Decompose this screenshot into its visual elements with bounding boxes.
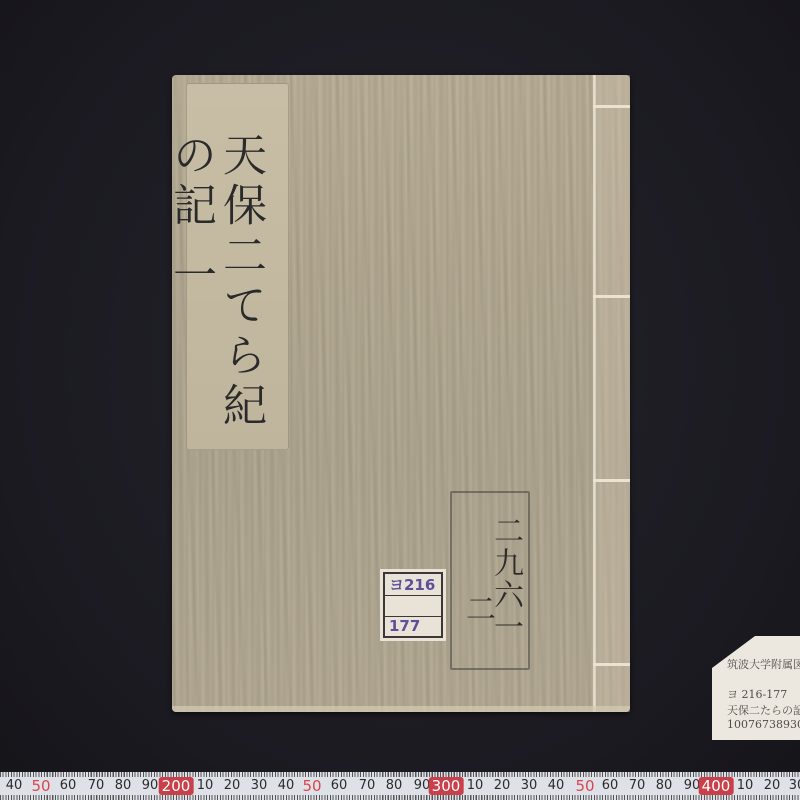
ruler-tick-label: 400 xyxy=(699,777,734,795)
ruler-tick-label: 90 xyxy=(142,778,159,793)
ruler-tick-label: 30 xyxy=(251,778,268,793)
stamp-number: 二九六一 xyxy=(490,515,520,643)
ruler-tick-label: 40 xyxy=(548,778,565,793)
ruler-tick-label: 50 xyxy=(575,777,594,795)
call-number-label: ヨ216 177 xyxy=(380,569,446,641)
ruler-tick-label: 20 xyxy=(764,778,781,793)
card-call-number: ヨ 216-177 xyxy=(727,686,787,702)
spine-strip xyxy=(596,75,630,712)
stamp-sub-number: 二 xyxy=(455,593,499,623)
ruler-tick-label: 20 xyxy=(224,778,241,793)
label-row-item: 177 xyxy=(385,617,441,637)
ruler-tick-label: 70 xyxy=(629,778,646,793)
ruler-tick-label: 40 xyxy=(6,778,23,793)
book-bottom-edge xyxy=(172,706,630,712)
binding-thread xyxy=(593,75,596,712)
binding-stitch xyxy=(593,663,630,666)
ruler-tick-label: 200 xyxy=(159,777,194,795)
ruler-tick-label: 80 xyxy=(386,778,403,793)
ruler-tick-label: 70 xyxy=(359,778,376,793)
measuring-ruler: 4050607080902001020304050607080903001020… xyxy=(0,772,800,800)
ruler-tick-label: 30 xyxy=(789,778,800,793)
ruler-tick-label: 300 xyxy=(429,777,464,795)
ruler-tick-label: 50 xyxy=(31,777,50,795)
ruler-tick-label: 80 xyxy=(115,778,132,793)
book-cover: 天保二てら紀の記 一 二九六一 二 ヨ216 177 xyxy=(172,75,630,712)
binding-stitch xyxy=(593,479,630,482)
label-row-class: ヨ216 xyxy=(385,574,441,596)
ruler-tick-label: 10 xyxy=(197,778,214,793)
ruler-tick-label: 60 xyxy=(60,778,77,793)
title-text: 天保二てら紀の記 一 xyxy=(215,132,265,449)
title-slip: 天保二てら紀の記 一 xyxy=(186,83,289,450)
binding-stitch xyxy=(593,295,630,298)
ruler-tick-label: 50 xyxy=(302,777,321,795)
ruler-tick-label: 80 xyxy=(656,778,673,793)
ruler-tick-label: 60 xyxy=(331,778,348,793)
ruler-tick-label: 10 xyxy=(737,778,754,793)
ruler-tick-label: 20 xyxy=(494,778,511,793)
card-id: 10076738930 xyxy=(727,718,800,731)
ruler-tick-label: 70 xyxy=(88,778,105,793)
binding-stitch xyxy=(593,105,630,108)
card-title: 天保二たらの記 xyxy=(727,702,800,718)
card-institution: 筑波大学附属図 xyxy=(727,656,800,672)
ruler-tick-label: 10 xyxy=(467,778,484,793)
ruler-tick-label: 40 xyxy=(278,778,295,793)
label-row-blank xyxy=(385,596,441,617)
ruler-tick-label: 30 xyxy=(521,778,538,793)
ruler-tick-label: 60 xyxy=(602,778,619,793)
